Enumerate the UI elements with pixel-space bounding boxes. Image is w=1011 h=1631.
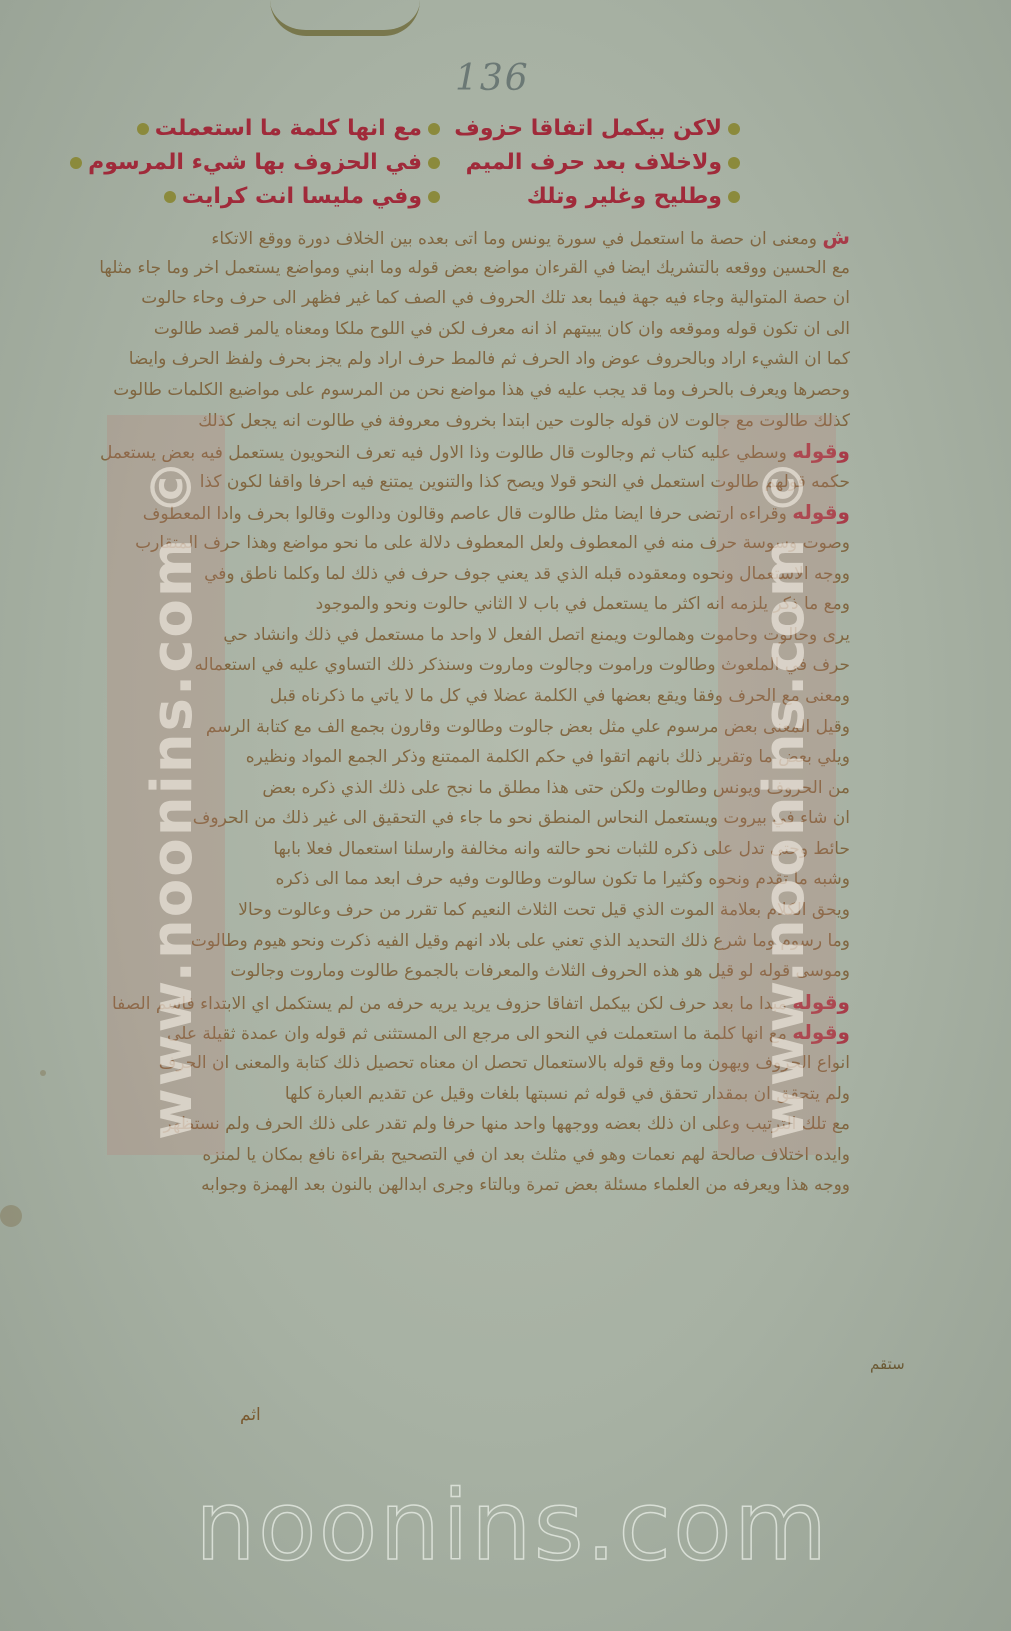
commentary-line-text: وحصرها ويعرف بالحرف وما قد يجب عليه في ه… xyxy=(113,380,850,400)
commentary-line-text: ان حصة المتوالية وجاء فيه جهة فيما بعد ت… xyxy=(141,288,850,308)
verse-marker-dot-icon xyxy=(728,191,740,203)
verse-line: لاكن بيكمل اتفاقا حزوف xyxy=(480,112,740,146)
watermark-vertical-left: www.noonins.com © xyxy=(140,457,205,1140)
commentary-line-text: مع انها كلمة ما استعملت في النحو الى مرج… xyxy=(167,1024,787,1044)
verse-marker-dot-icon xyxy=(728,157,740,169)
commentary-line-text: وقراءه ارتضى حرفا ايضا مثل طالوت قال عاص… xyxy=(143,504,787,524)
watermark-bottom: noonins.com xyxy=(195,1470,829,1582)
commentary-line: مع الحسين ووقعه بالتشريك ايضا في القرءان… xyxy=(60,253,850,284)
verse-marker-dot-icon xyxy=(137,123,149,135)
verse-line: وطليح وغلير وتلك xyxy=(480,180,740,214)
margin-note: ستقم xyxy=(870,1355,905,1373)
catchword: اثم xyxy=(240,1405,261,1425)
paper-stain xyxy=(40,1070,46,1076)
verse-column-left: مع انها كلمة ما استعملت في الحزوف بها شي… xyxy=(180,112,440,214)
top-ink-flourish xyxy=(270,0,420,36)
verse-line: مع انها كلمة ما استعملت xyxy=(180,112,440,146)
commentary-line: الى ان تكون قوله وموقعه وان كان يبيتهم ا… xyxy=(60,314,850,345)
verse-block: لاكن بيكمل اتفاقا حزوف ولاخلاف بعد حرف ا… xyxy=(180,112,740,222)
folio-number: 136 xyxy=(455,58,530,99)
verse-marker-dot-icon xyxy=(728,123,740,135)
verse-line: ولاخلاف بعد حرف الميم xyxy=(480,146,740,180)
verse-line: وفي مليسا انت كرايت xyxy=(180,180,440,214)
verse-column-right: لاكن بيكمل اتفاقا حزوف ولاخلاف بعد حرف ا… xyxy=(480,112,740,214)
manuscript-page: 136 لاكن بيكمل اتفاقا حزوف ولاخلاف بعد ح… xyxy=(0,0,1011,1631)
commentary-line: كما ان الشيء اراد وبالحروف عوض واد الحرف… xyxy=(60,344,850,375)
commentary-line: ووجه هذا ويعرفه من العلماء مسئلة بعض تمر… xyxy=(60,1170,850,1201)
verse-marker-dot-icon xyxy=(164,191,176,203)
commentary-line-text: مع الحسين ووقعه بالتشريك ايضا في القرءان… xyxy=(99,258,850,278)
commentary-line: وحصرها ويعرف بالحرف وما قد يجب عليه في ه… xyxy=(60,375,850,406)
verse-marker-dot-icon xyxy=(428,157,440,169)
commentary-line-text: ووجه هذا ويعرفه من العلماء مسئلة بعض تمر… xyxy=(201,1175,850,1195)
commentary-line: ان حصة المتوالية وجاء فيه جهة فيما بعد ت… xyxy=(60,283,850,314)
watermark-vertical-right: www.noonins.com © xyxy=(752,457,817,1140)
verse-marker-dot-icon xyxy=(428,123,440,135)
rubric-keyword: ش xyxy=(822,225,850,249)
commentary-line: ش ومعنى ان حصة ما استعمل في سورة يونس وم… xyxy=(60,222,850,253)
commentary-line-text: ومعنى ان حصة ما استعمل في سورة يونس وما … xyxy=(211,229,817,249)
commentary-line-text: كما ان الشيء اراد وبالحروف عوض واد الحرف… xyxy=(129,349,850,369)
verse-marker-dot-icon xyxy=(70,157,82,169)
verse-line: في الحزوف بها شيء المرسوم xyxy=(180,146,440,180)
commentary-line-text: الى ان تكون قوله وموقعه وان كان يبيتهم ا… xyxy=(154,319,850,339)
verse-marker-dot-icon xyxy=(428,191,440,203)
paper-stain xyxy=(0,1205,22,1227)
